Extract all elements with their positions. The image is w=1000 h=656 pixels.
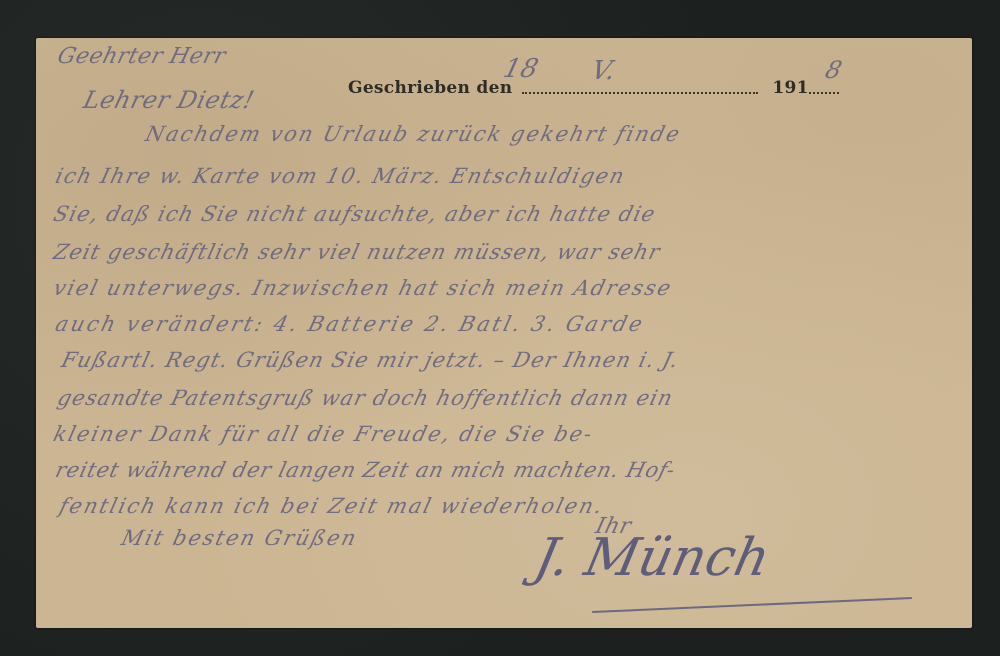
signature: J. Münch — [530, 528, 775, 588]
salutation-line-2: Lehrer Dietz! — [81, 86, 258, 114]
body-line-8: gesandte Patentsgruß war doch hoffentlic… — [55, 386, 676, 410]
printed-label: Geschrieben den — [348, 78, 512, 98]
signature-underline — [592, 597, 912, 613]
body-line-4: Zeit geschäftlich sehr viel nutzen müsse… — [51, 240, 663, 264]
salutation-line-1: Geehrter Herr — [55, 44, 229, 69]
year-dotted-line — [809, 91, 839, 94]
handwritten-year-suffix: 8 — [823, 56, 846, 84]
body-line-10: reitet während der langen Zeit an mich m… — [53, 458, 678, 482]
body-line-3: Sie, daß ich Sie nicht aufsuchte, aber i… — [51, 202, 658, 226]
closing-line: Mit besten Grüßen — [119, 526, 360, 550]
body-line-7: Fußartl. Regt. Grüßen Sie mir jetzt. – D… — [59, 348, 682, 372]
body-line-1: Nachdem von Urlaub zurück gekehrt finde — [143, 122, 684, 146]
printed-year-prefix: 191 — [772, 78, 808, 98]
postcard: Geschrieben den 191 18 V. 8 Geehrter Her… — [36, 38, 972, 628]
body-line-11: fentlich kann ich bei Zeit mal wiederhol… — [57, 494, 607, 518]
body-line-2: ich Ihre w. Karte vom 10. März. Entschul… — [53, 164, 628, 188]
body-line-5: viel unterwegs. Inzwischen hat sich mein… — [51, 276, 675, 300]
body-line-6: auch verändert: 4. Batterie 2. Batl. 3. … — [53, 312, 647, 336]
body-line-9: kleiner Dank für all die Freude, die Sie… — [51, 422, 596, 446]
date-dotted-line — [522, 91, 758, 94]
